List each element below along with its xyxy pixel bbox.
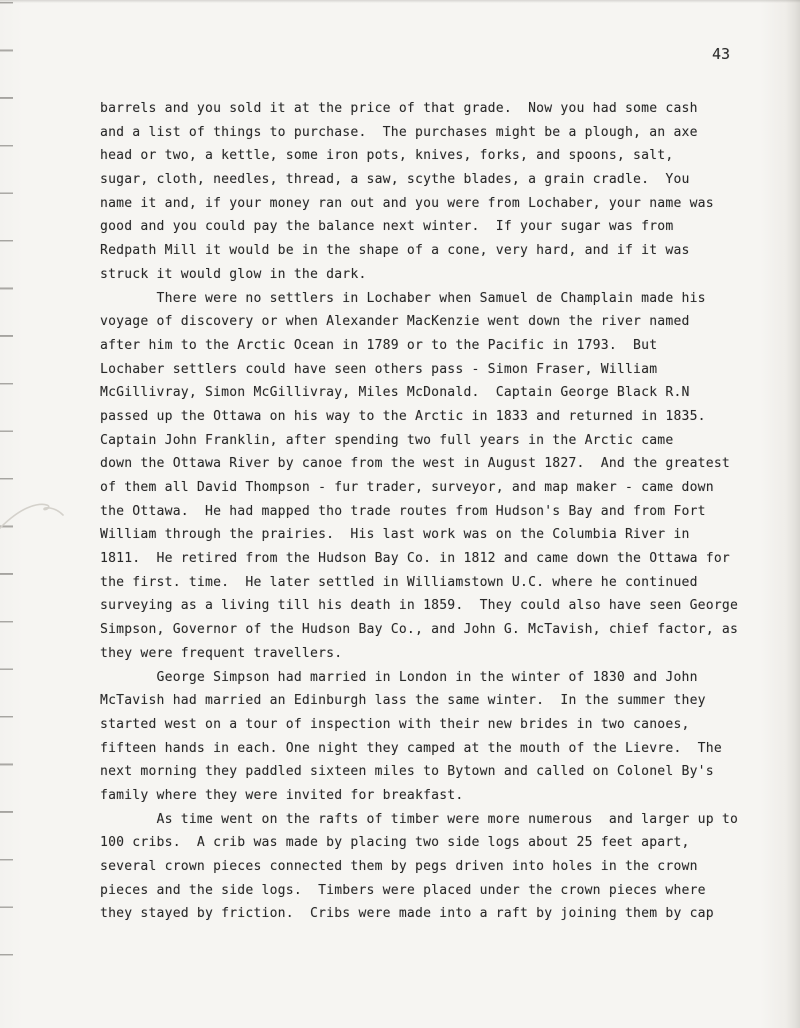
text-line: family where they were invited for break… (100, 784, 738, 808)
text-line: and a list of things to purchase. The pu… (100, 121, 738, 145)
typewritten-text: barrels and you sold it at the price of … (100, 97, 738, 926)
text-line: started west on a tour of inspection wit… (100, 713, 738, 737)
text-line: Simpson, Governor of the Hudson Bay Co.,… (100, 618, 738, 642)
binder-edge-marks (0, 2, 13, 962)
paragraph: George Simpson had married in London in … (100, 666, 738, 808)
text-line: 100 cribs. A crib was made by placing tw… (100, 831, 738, 855)
text-line: sugar, cloth, needles, thread, a saw, sc… (100, 168, 738, 192)
text-line: they were frequent travellers. (100, 642, 738, 666)
text-line: good and you could pay the balance next … (100, 215, 738, 239)
paragraph: There were no settlers in Lochaber when … (100, 287, 738, 666)
paragraph: barrels and you sold it at the price of … (100, 97, 738, 287)
text-line: McTavish had married an Edinburgh lass t… (100, 689, 738, 713)
text-line: surveying as a living till his death in … (100, 594, 738, 618)
text-line: down the Ottawa River by canoe from the … (100, 452, 738, 476)
text-line: voyage of discovery or when Alexander Ma… (100, 310, 738, 334)
text-line: There were no settlers in Lochaber when … (100, 287, 738, 311)
text-line: struck it would glow in the dark. (100, 263, 738, 287)
text-line: pieces and the side logs. Timbers were p… (100, 879, 738, 903)
text-line: name it and, if your money ran out and y… (100, 192, 738, 216)
text-line: George Simpson had married in London in … (100, 666, 738, 690)
text-line: barrels and you sold it at the price of … (100, 97, 738, 121)
text-line: Redpath Mill it would be in the shape of… (100, 239, 738, 263)
text-line: of them all David Thompson - fur trader,… (100, 476, 738, 500)
text-line: fifteen hands in each. One night they ca… (100, 737, 738, 761)
text-line: Lochaber settlers could have seen others… (100, 358, 738, 382)
text-line: head or two, a kettle, some iron pots, k… (100, 144, 738, 168)
text-line: 1811. He retired from the Hudson Bay Co.… (100, 547, 738, 571)
pen-squiggle-artifact (0, 498, 72, 540)
document-page: 43 barrels and you sold it at the price … (0, 0, 800, 1028)
text-line: William through the prairies. His last w… (100, 523, 738, 547)
text-line: passed up the Ottawa on his way to the A… (100, 405, 738, 429)
text-line: Captain John Franklin, after spending tw… (100, 429, 738, 453)
page-number: 43 (712, 45, 730, 63)
text-line: As time went on the rafts of timber were… (100, 808, 738, 832)
text-line: they stayed by friction. Cribs were made… (100, 902, 738, 926)
text-line: the first. time. He later settled in Wil… (100, 571, 738, 595)
text-line: after him to the Arctic Ocean in 1789 or… (100, 334, 738, 358)
paragraph: As time went on the rafts of timber were… (100, 808, 738, 926)
text-line: the Ottawa. He had mapped tho trade rout… (100, 500, 738, 524)
text-line: McGillivray, Simon McGillivray, Miles Mc… (100, 381, 738, 405)
text-line: next morning they paddled sixteen miles … (100, 760, 738, 784)
text-line: several crown pieces connected them by p… (100, 855, 738, 879)
